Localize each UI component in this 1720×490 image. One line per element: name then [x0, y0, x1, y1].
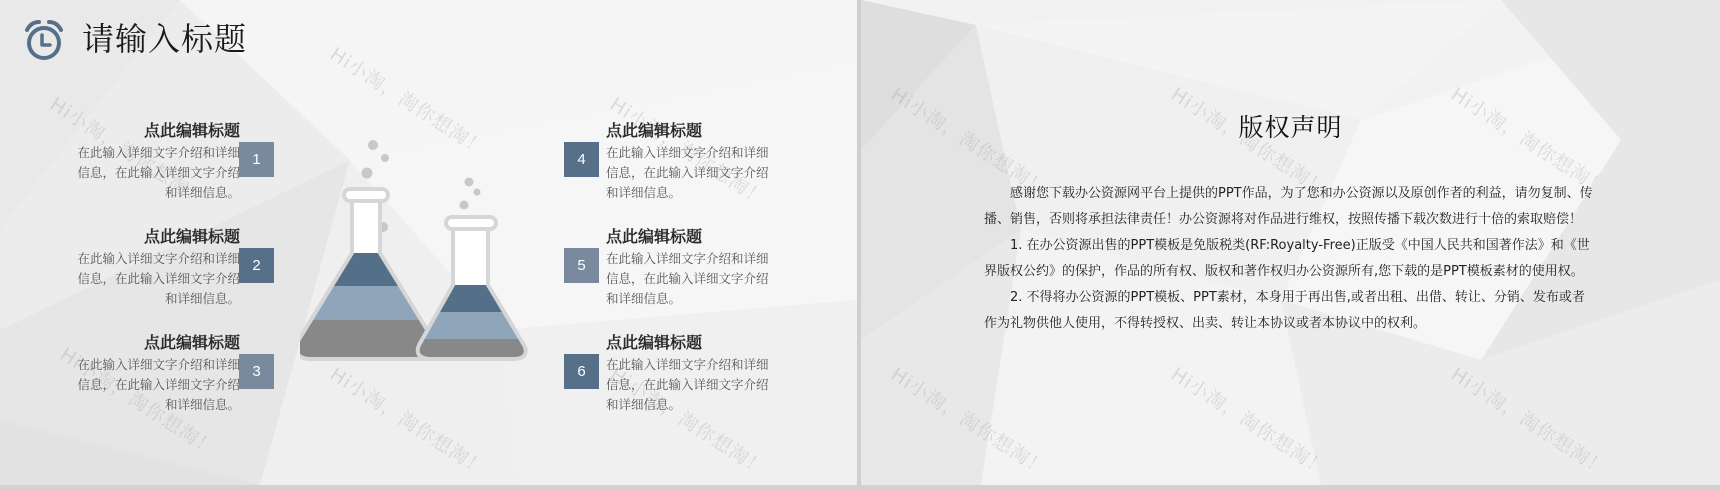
item-description[interactable]: 在此输入详细文字介绍和详细信息，在此输入详细文字介绍和详细信息。	[75, 143, 240, 203]
number-badge: 1	[239, 142, 274, 177]
page-title[interactable]: 请输入标题	[82, 18, 247, 60]
number-badge: 2	[239, 248, 274, 283]
copyright-paragraph: 感谢您下载办公资源网平台上提供的PPT作品，为了您和办公资源以及原创作者的利益，…	[984, 181, 1596, 233]
slide-content: Hi小淘，淘你想淘！ Hi小淘，淘你想淘！ Hi小淘，淘你想淘！ Hi小淘，淘你…	[0, 0, 857, 485]
number-badge: 3	[239, 354, 274, 389]
list-item: 点此编辑标题 在此输入详细文字介绍和详细信息，在此输入详细文字介绍和详细信息。	[606, 226, 856, 309]
number-badge: 4	[564, 142, 599, 177]
copyright-paragraph: 1. 在办公资源出售的PPT模板是免版税类(RF:Royalty-Free)正版…	[984, 233, 1596, 285]
item-title[interactable]: 点此编辑标题	[75, 120, 240, 142]
copyright-body: 感谢您下载办公资源网平台上提供的PPT作品，为了您和办公资源以及原创作者的利益，…	[984, 181, 1596, 337]
item-description[interactable]: 在此输入详细文字介绍和详细信息，在此输入详细文字介绍和详细信息。	[75, 249, 240, 309]
item-title[interactable]: 点此编辑标题	[606, 332, 776, 354]
number-badge: 5	[564, 248, 599, 283]
item-description[interactable]: 在此输入详细文字介绍和详细信息，在此输入详细文字介绍和详细信息。	[606, 249, 776, 309]
copyright-title: 版权声明	[861, 108, 1720, 144]
item-description[interactable]: 在此输入详细文字介绍和详细信息，在此输入详细文字介绍和详细信息。	[606, 355, 776, 415]
item-title[interactable]: 点此编辑标题	[606, 226, 776, 248]
copyright-slide: Hi小淘，淘你想淘！ Hi小淘，淘你想淘！ Hi小淘，淘你想淘！ Hi小淘，淘你…	[861, 0, 1720, 485]
bottom-bar	[0, 485, 1720, 490]
item-title[interactable]: 点此编辑标题	[606, 120, 776, 142]
number-badge: 6	[564, 354, 599, 389]
flask-illustration	[300, 135, 540, 375]
item-title[interactable]: 点此编辑标题	[75, 226, 240, 248]
item-title[interactable]: 点此编辑标题	[75, 332, 240, 354]
copyright-paragraph: 2. 不得将办公资源的PPT模板、PPT素材，本身用于再出售,或者出租、出借、转…	[984, 285, 1596, 337]
item-description[interactable]: 在此输入详细文字介绍和详细信息，在此输入详细文字介绍和详细信息。	[606, 143, 776, 203]
list-item: 点此编辑标题 在此输入详细文字介绍和详细信息，在此输入详细文字介绍和详细信息。	[606, 332, 856, 415]
item-description[interactable]: 在此输入详细文字介绍和详细信息，在此输入详细文字介绍和详细信息。	[75, 355, 240, 415]
alarm-clock-icon	[22, 18, 66, 62]
list-item: 点此编辑标题 在此输入详细文字介绍和详细信息，在此输入详细文字介绍和详细信息。	[606, 120, 856, 203]
